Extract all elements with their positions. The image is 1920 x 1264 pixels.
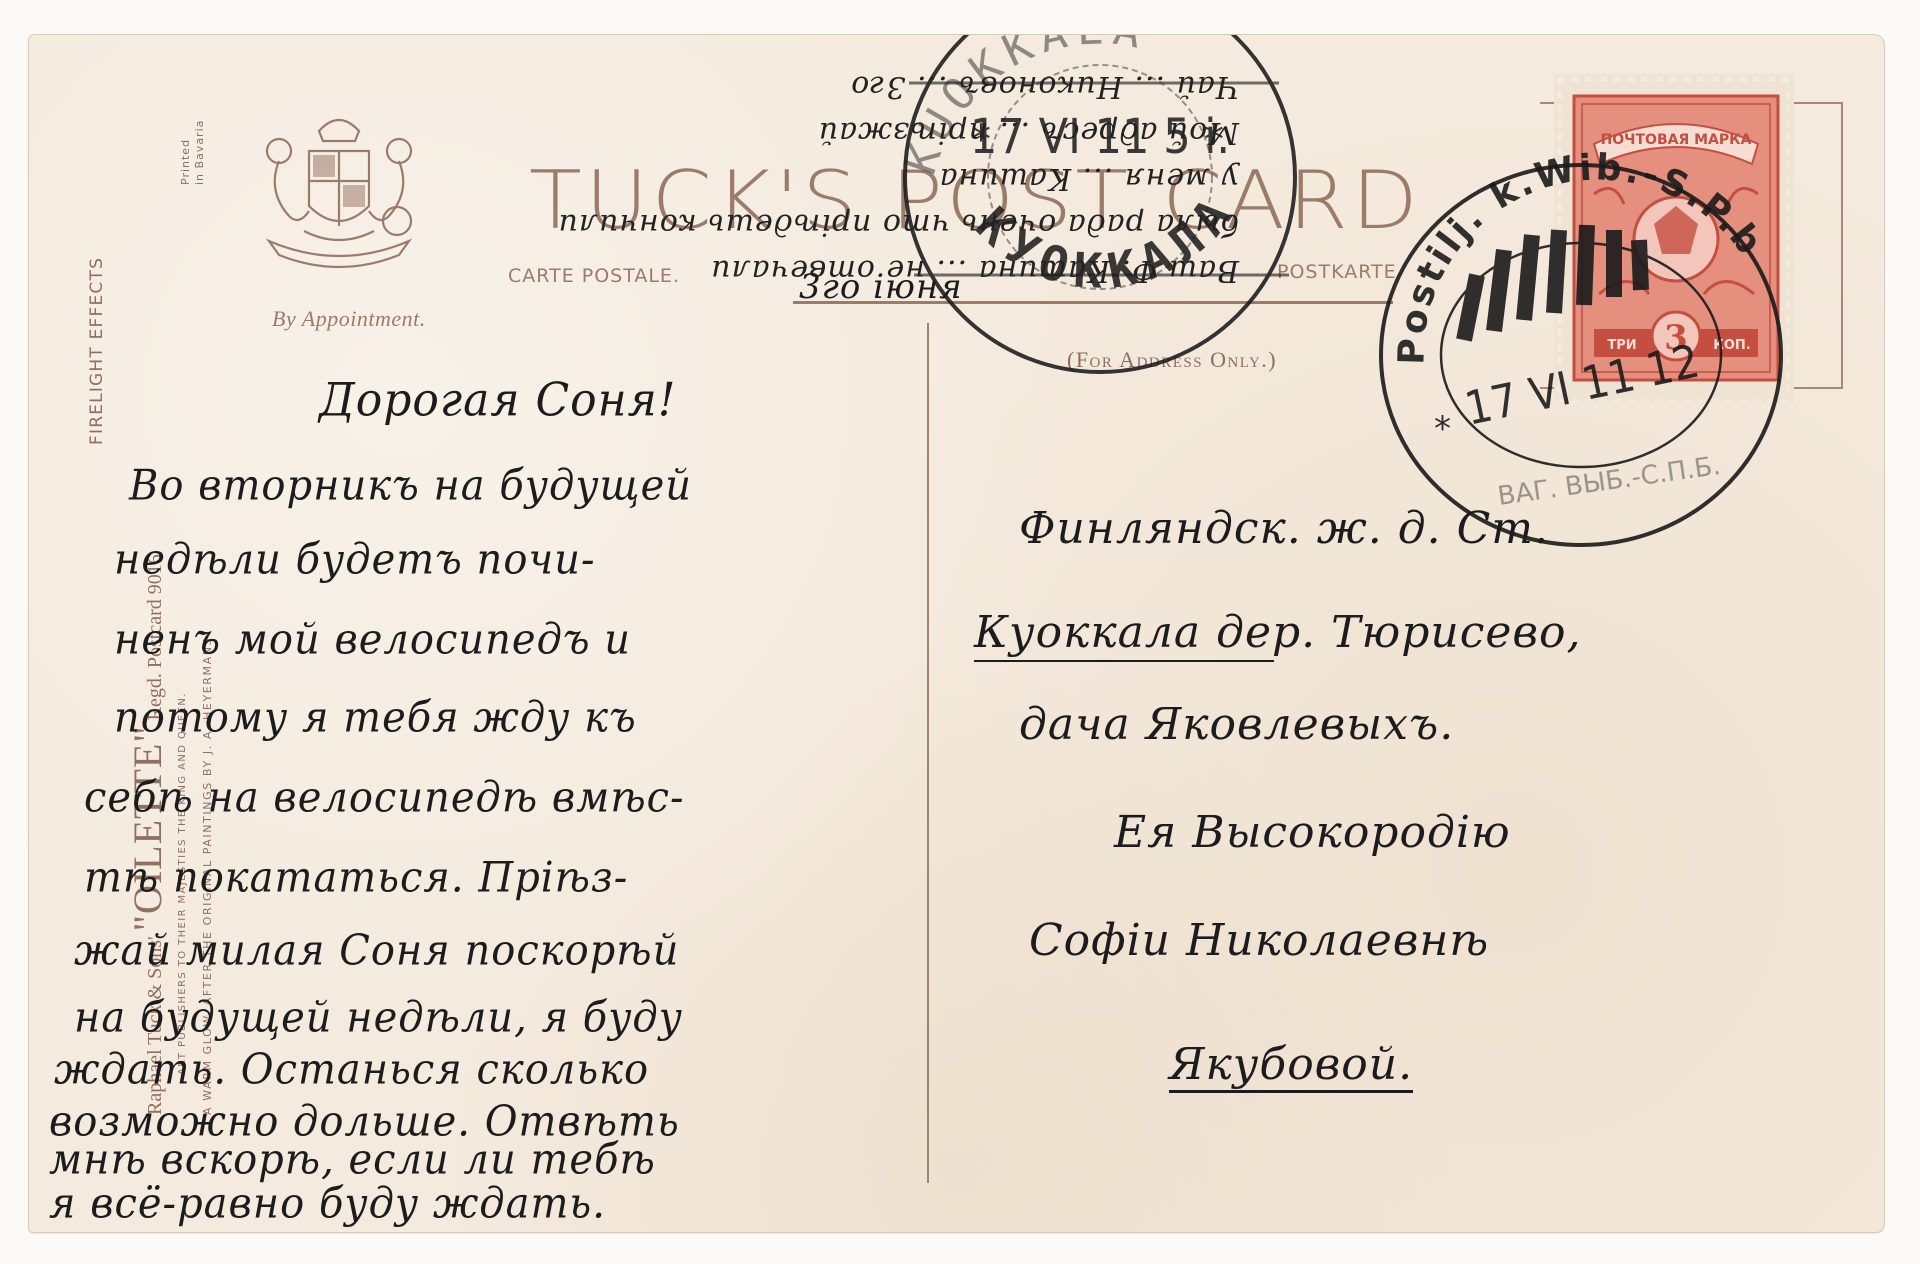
message-line: ненъ мой велосипедъ и [114,616,631,664]
svg-text:КОП.: КОП. [1713,338,1751,353]
upside-down-note: Ваш Ф. Кашина ... не отвечали была рада … [39,43,1239,293]
message-line: потому я тебя жду къ [114,694,637,742]
message-line: Во вторникъ на будущей [129,462,692,510]
address-line: Куоккала дер. Тюрисево, [974,607,1582,658]
address-line: Финляндск. ж. д. Ст. [1019,503,1549,554]
svg-text:ПОЧТОВАЯ МАРКА: ПОЧТОВАЯ МАРКА [1601,132,1752,148]
message-line: мнѣ вскорѣ, если ли тебѣ [49,1136,656,1184]
postkarte-label: POSTKARTE [1277,261,1397,283]
message-line: я всё-равно буду ждать. [49,1180,606,1228]
address-line: Якубовой. [1169,1039,1413,1093]
salutation: Дорогая Соня! [319,374,676,428]
center-divider [927,323,929,1183]
by-appointment-text: By Appointment. [272,306,426,332]
svg-text:3: 3 [1664,318,1688,358]
address-underline [974,660,1274,662]
message-line: недѣли будетъ почи- [114,536,596,584]
svg-text:*: * [1434,409,1451,449]
message-line: жай милая Соня поскорѣй [74,927,679,975]
address-line: дача Яковлевыхъ. [1019,699,1454,750]
message-line: на будущей недѣли, я буду [74,994,683,1042]
address-line: Софіи Николаевнѣ [1029,915,1489,966]
svg-text:ТРИ: ТРИ [1607,338,1636,353]
address-line: Ея Высокородію [1114,807,1511,858]
message-line: тѣ покататься. Пріѣз- [84,854,628,902]
message-date: 3го іюня [799,267,963,307]
for-address-only-label: (For Address Only.) [1067,347,1277,373]
postage-stamp: ПОЧТОВАЯ МАРКА 3 ТРИ КОП. [1554,74,1794,402]
message-line: ждать. Останься сколько [54,1046,649,1094]
postcard: By Appointment. FIRELIGHT EFFECTS Raphae… [29,35,1884,1232]
message-line: себѣ на велосипедѣ вмѣс- [84,774,685,822]
